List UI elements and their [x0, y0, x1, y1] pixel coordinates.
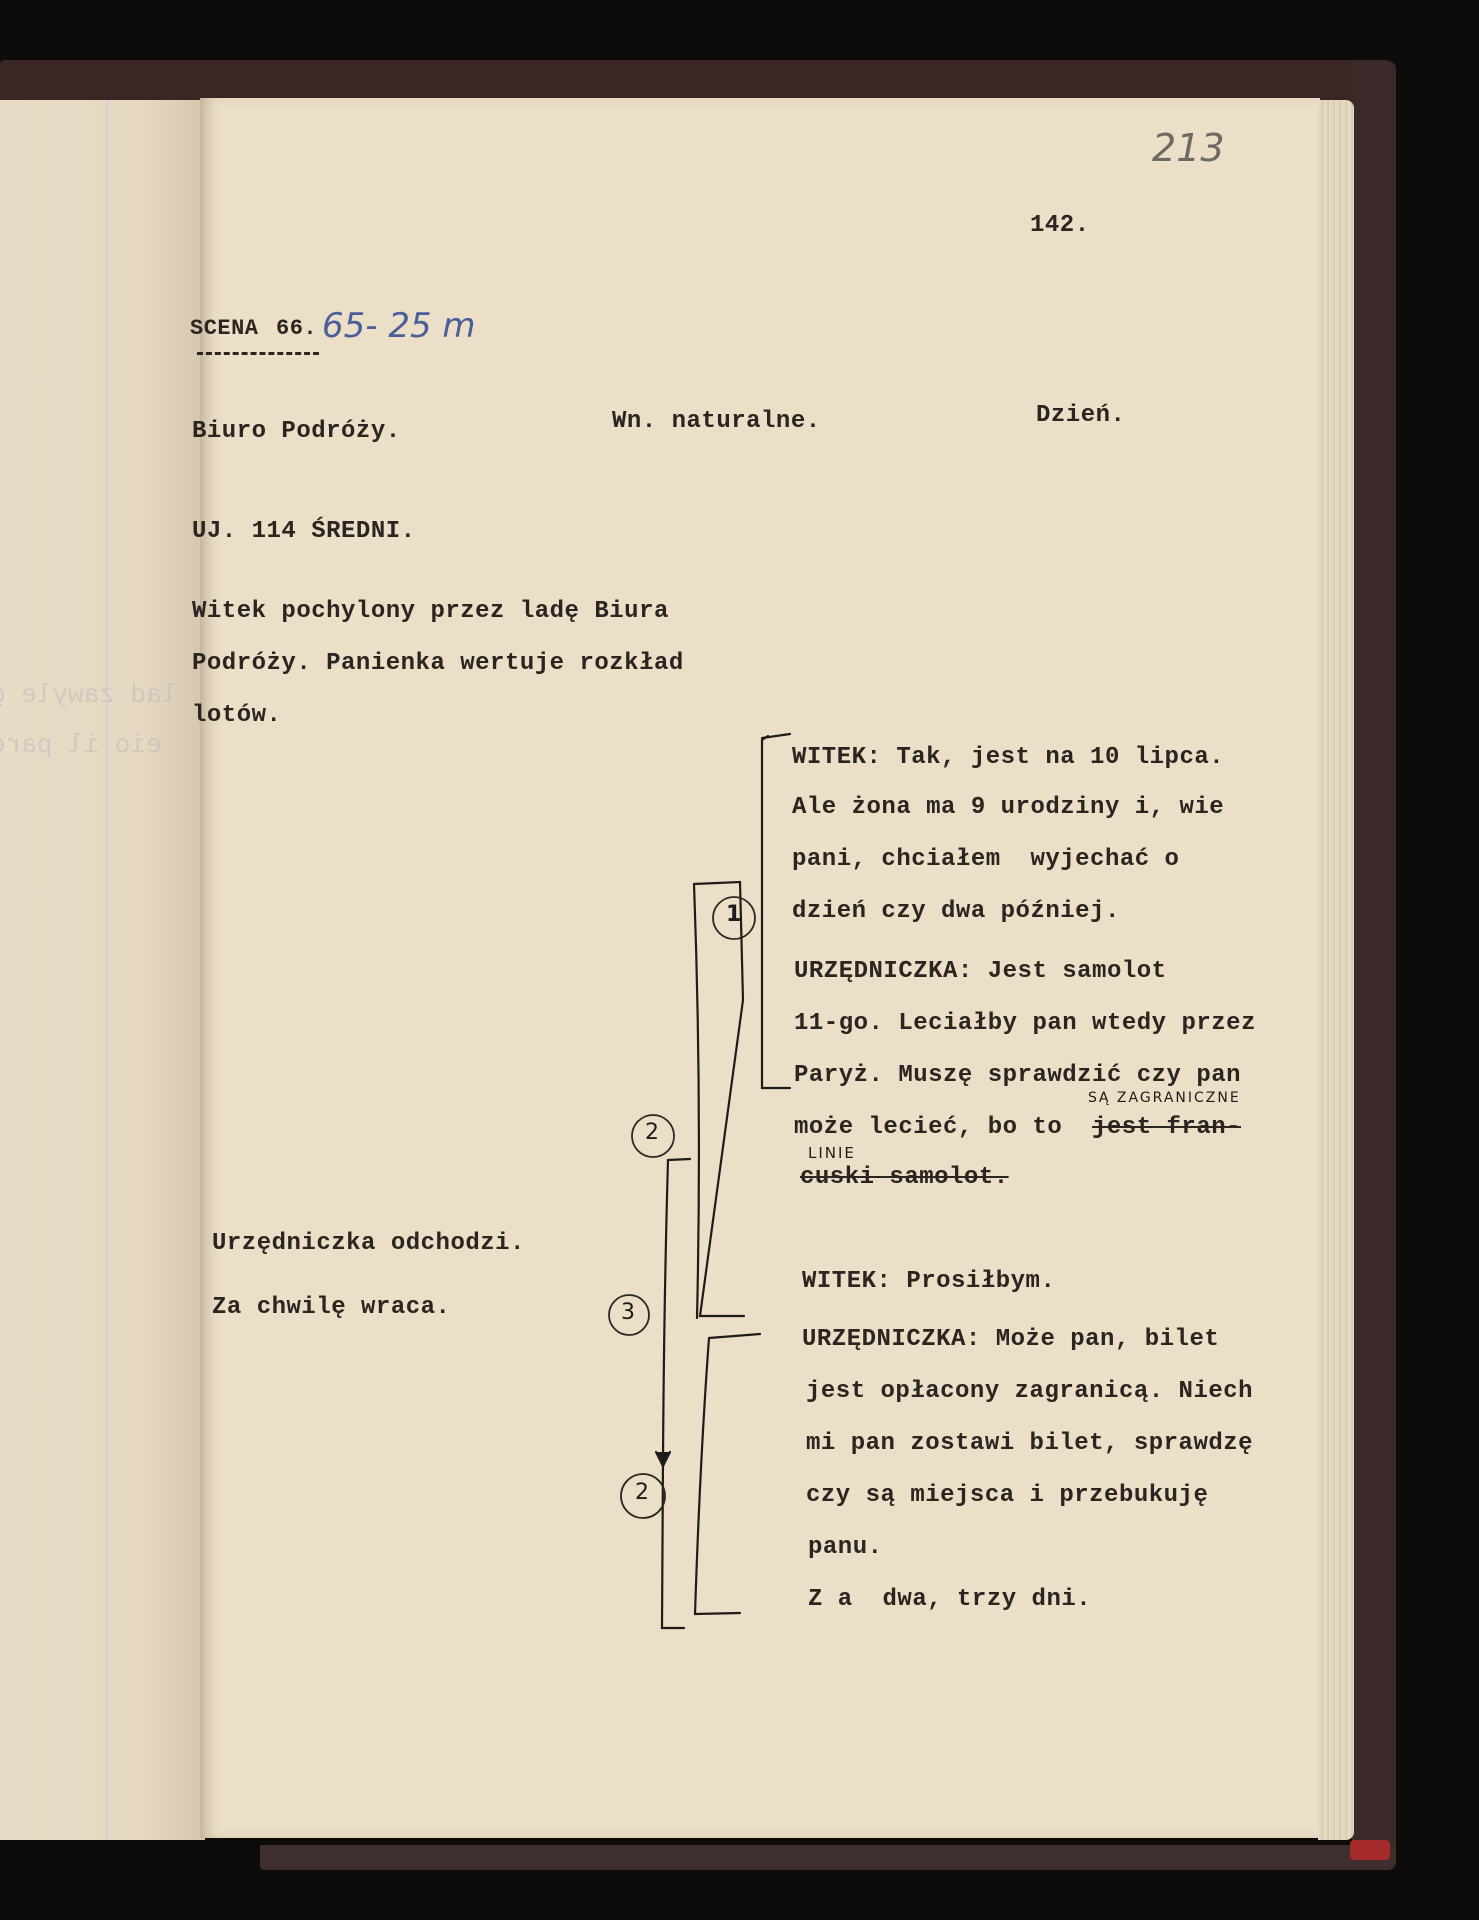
- circled-number: 3: [621, 1300, 635, 1325]
- handwritten-brackets: [0, 0, 1479, 1920]
- circled-number: 1: [726, 902, 741, 927]
- circled-number: 2: [645, 1120, 659, 1145]
- circled-number: 2: [635, 1480, 649, 1505]
